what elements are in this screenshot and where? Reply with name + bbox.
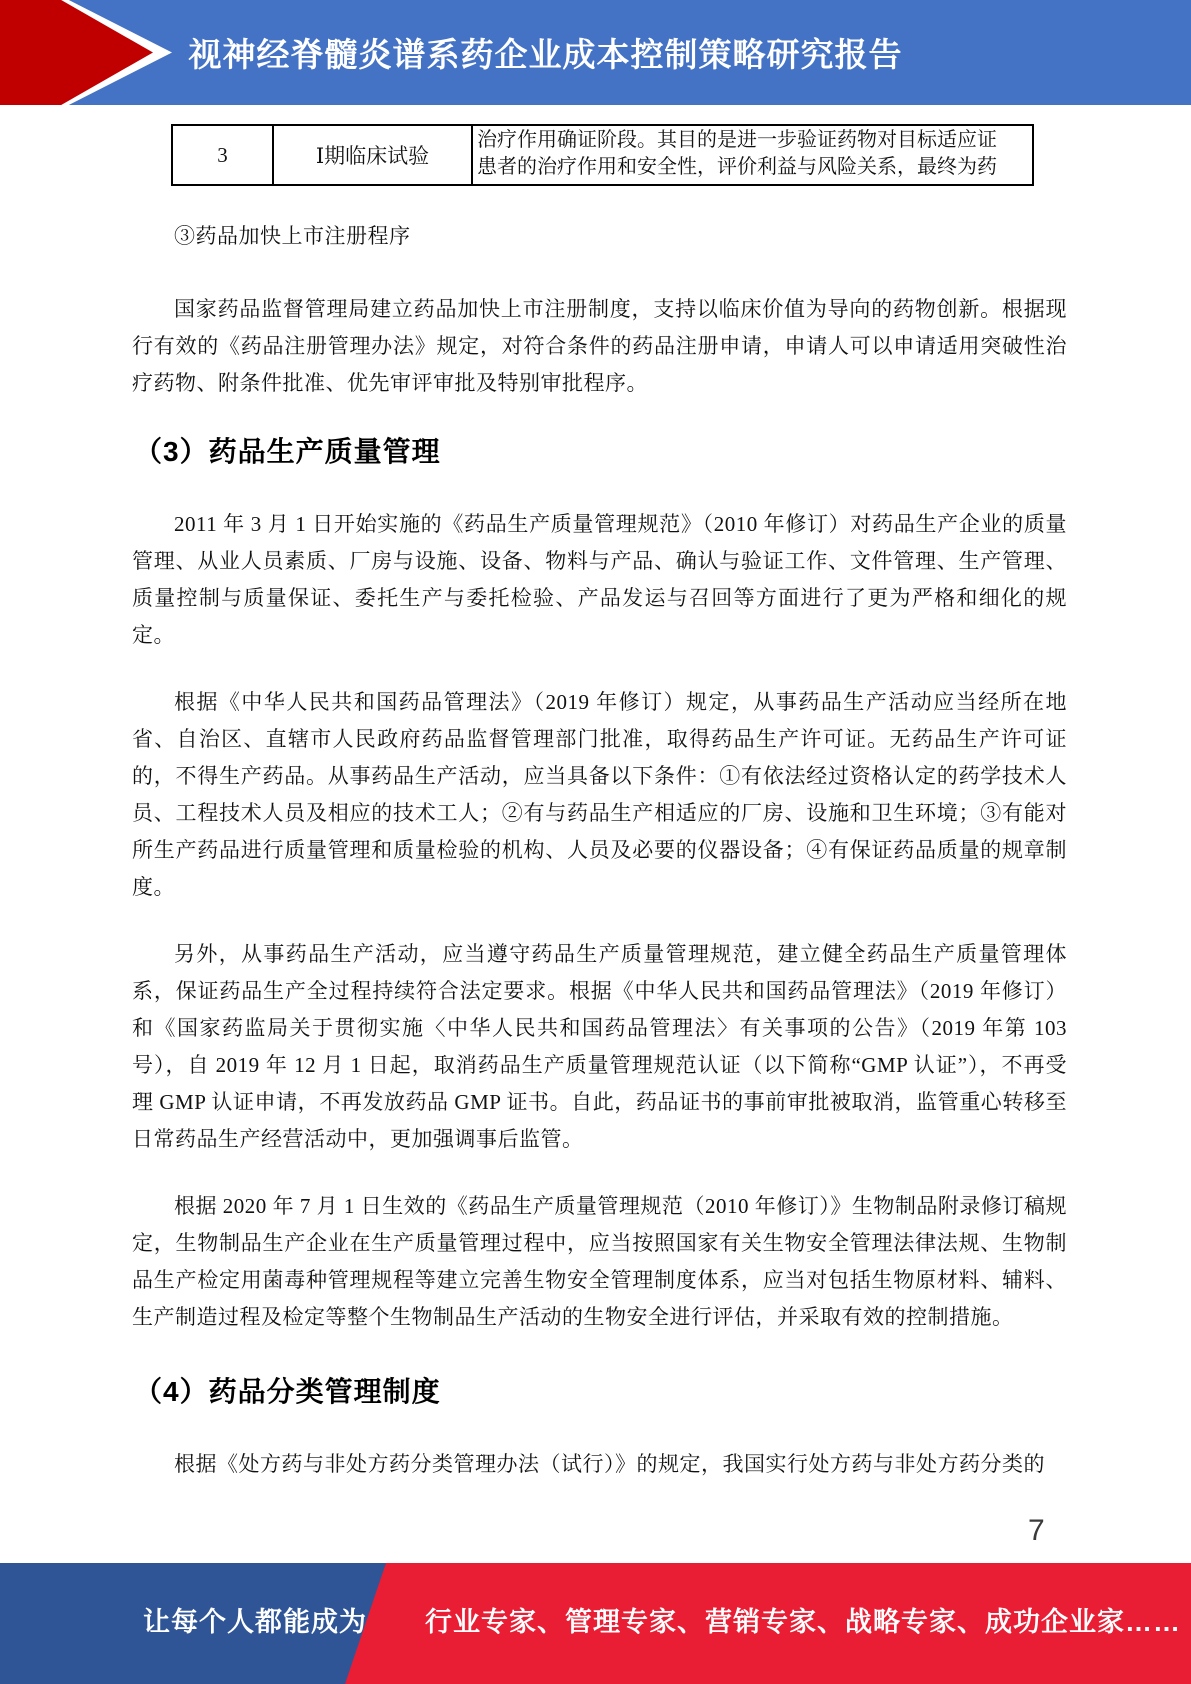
table-description-line2: 患者的治疗作用和安全性，评价利益与风险关系，最终为药 [477,154,1029,181]
paragraph-law-2019: 根据《中华人民共和国药品管理法》（2019 年修订）规定，从事药品生产活动应当经… [132,684,1067,906]
paragraph-registration: 国家药品监督管理局建立药品加快上市注册制度，支持以临床价值为导向的药物创新。根据… [132,291,1067,402]
arrow-icon [0,0,153,105]
table-description-line1: 治疗作用确证阶段。其目的是进一步验证药物对目标适应证 [477,127,1029,154]
footer-banner: 让每个人都能成为 行业专家、管理专家、营销专家、战略专家、成功企业家…… [0,1563,1191,1684]
paragraph-classification: 根据《处方药与非处方药分类管理办法（试行）》的规定，我国实行处方药与非处方药分类… [132,1446,1067,1483]
report-title: 视神经脊髓炎谱系药企业成本控制策略研究报告 [155,0,936,105]
footer-slogan-right: 行业专家、管理专家、营销专家、战略专家、成功企业家…… [425,1600,1181,1639]
paragraph-gmp-2011: 2011 年 3 月 1 日开始实施的《药品生产质量管理规范》（2010 年修订… [132,506,1067,654]
page-body: ③药品加快上市注册程序 国家药品监督管理局建立药品加快上市注册制度，支持以临床价… [132,182,1067,1483]
footer-slogan-left: 让每个人都能成为 [143,1600,367,1639]
list-item-accelerated-registration: ③药品加快上市注册程序 [132,218,1067,255]
section-heading-3: （3）药品生产质量管理 [134,432,1067,472]
clinical-trial-table: 3 Ⅰ期临床试验 治疗作用确证阶段。其目的是进一步验证药物对目标适应证 患者的治… [171,124,1034,186]
paragraph-bio-2020: 根据 2020 年 7 月 1 日生效的《药品生产质量管理规范（2010 年修订… [132,1188,1067,1336]
table-cell-description: 治疗作用确证阶段。其目的是进一步验证药物对目标适应证 患者的治疗作用和安全性，评… [471,126,1032,184]
section-heading-4: （4）药品分类管理制度 [134,1372,1067,1412]
table-cell-index: 3 [173,126,272,184]
header-banner: 视神经脊髓炎谱系药企业成本控制策略研究报告 [0,0,1191,105]
paragraph-additional-gmp: 另外，从事药品生产活动，应当遵守药品生产质量管理规范，建立健全药品生产质量管理体… [132,936,1067,1158]
page-number: 7 [1028,1514,1045,1548]
table-cell-phase: Ⅰ期临床试验 [272,126,471,184]
